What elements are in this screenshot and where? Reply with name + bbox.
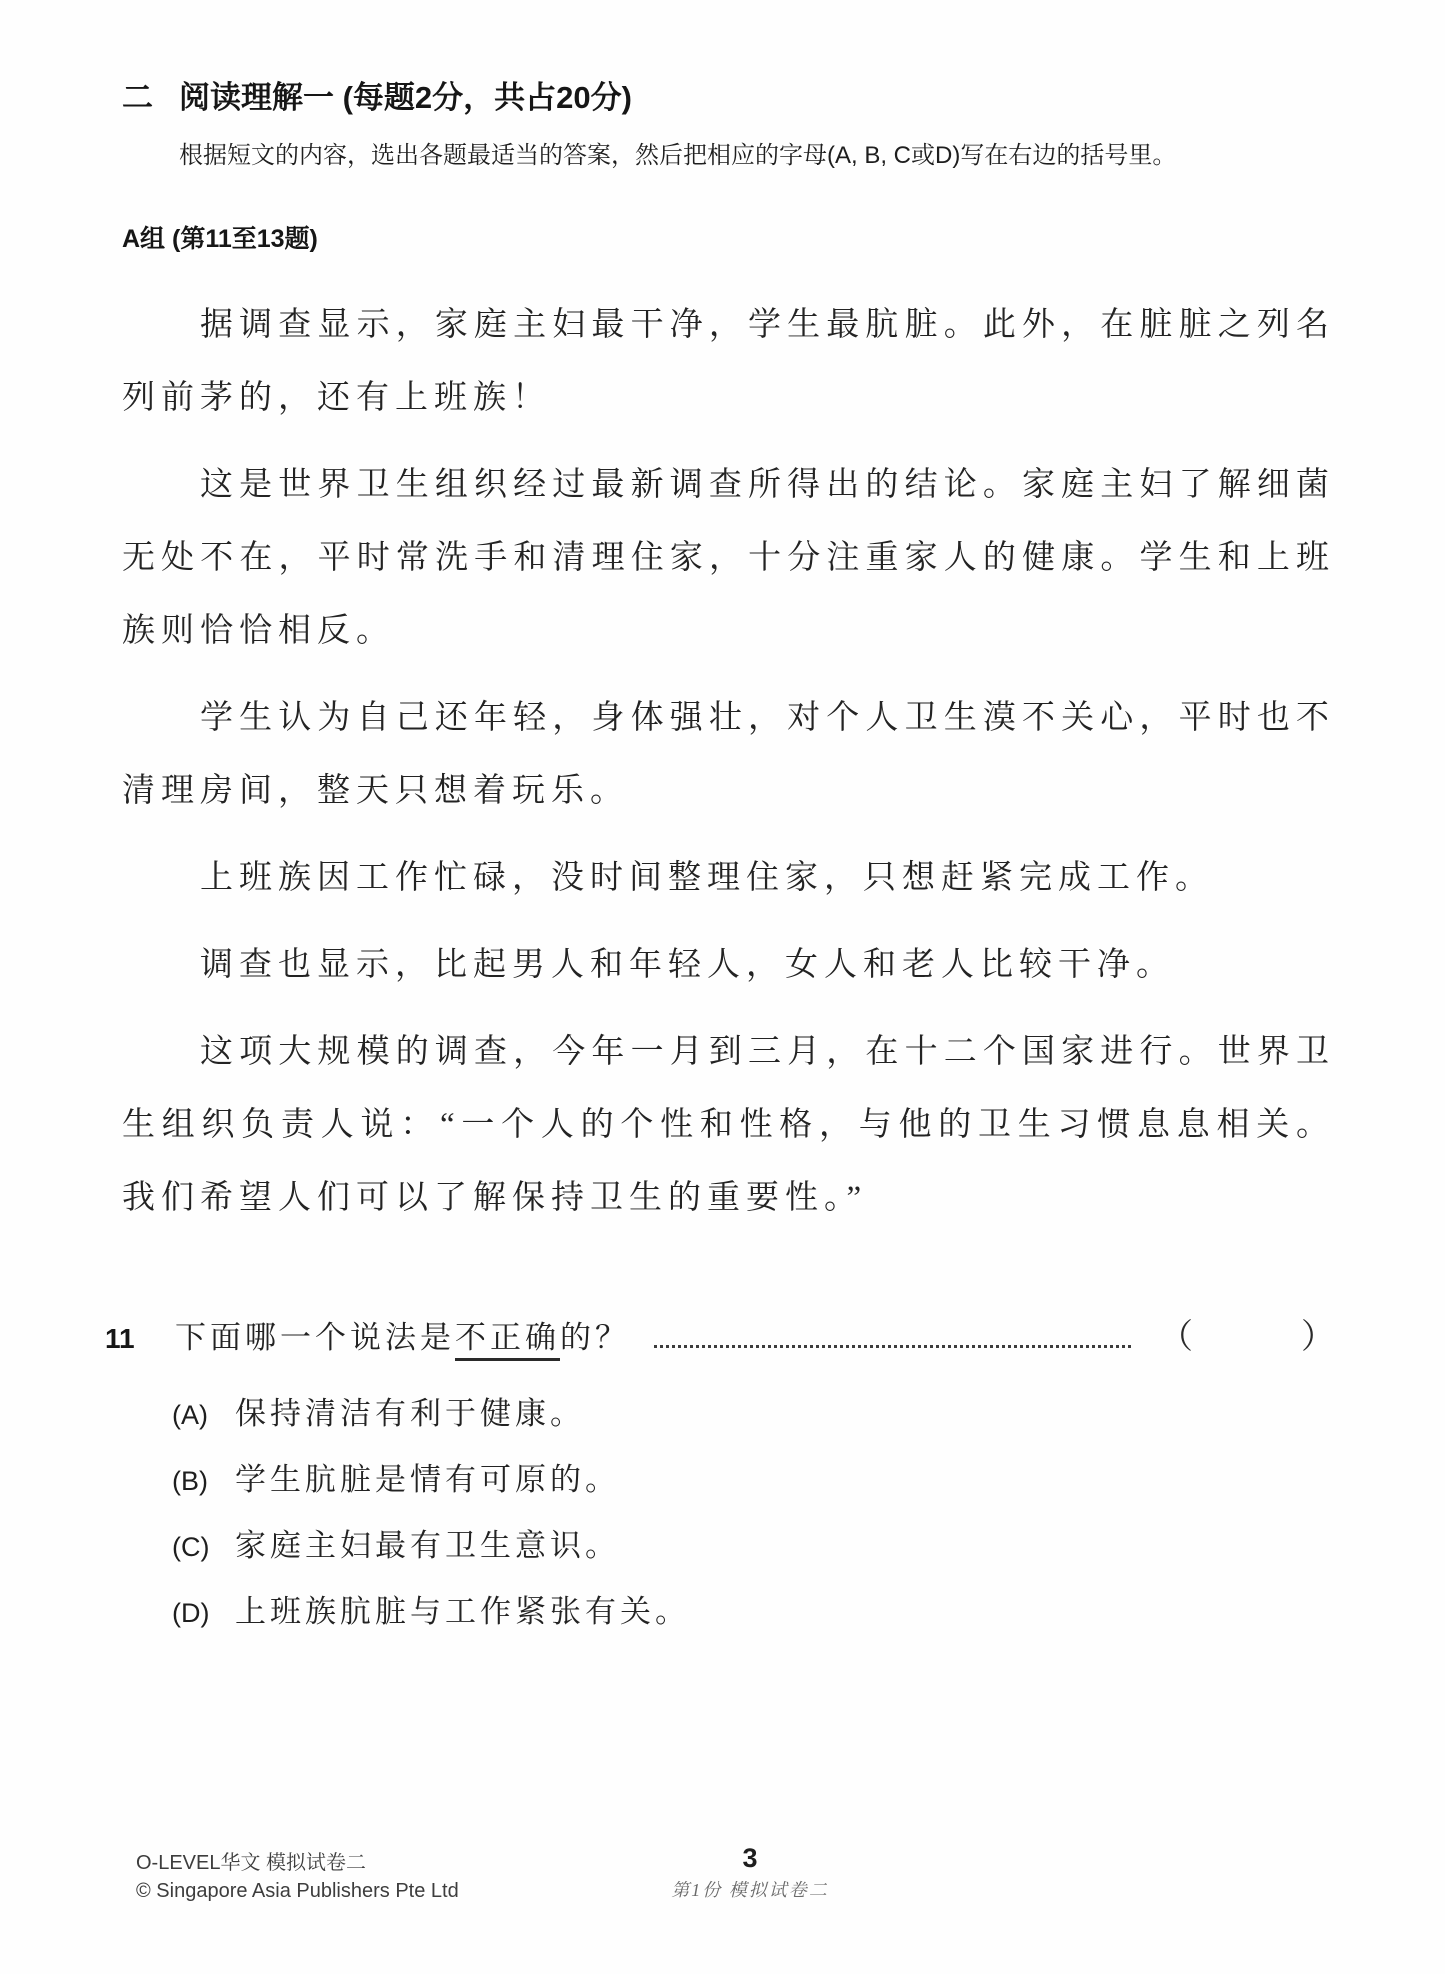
footer-stamp: 第1份 模拟试卷二 xyxy=(630,1876,870,1902)
group-heading: A组 (第11至13题) xyxy=(122,219,1335,255)
question-underlined-term: 不正确 xyxy=(455,1320,560,1361)
option-d: (D) 上班族肮脏与工作紧张有关。 xyxy=(172,1586,1335,1631)
section-number: 二 xyxy=(122,72,179,117)
option-a-label: (A) xyxy=(172,1400,235,1431)
section-header: 二 阅读理解一 (每题2分，共占20分) xyxy=(122,72,1335,117)
passage-paragraph-6: 这项大规模的调查，今年一月到三月，在十二个国家进行。世界卫生组织负责人说：“一个… xyxy=(122,1016,1335,1235)
question-number: 11 xyxy=(105,1323,175,1355)
option-a-text: 保持清洁有利于健康。 xyxy=(235,1388,585,1433)
question-text-suffix: 的？ xyxy=(560,1320,630,1355)
page-content: 二 阅读理解一 (每题2分，共占20分) 根据短文的内容，选出各题最适当的答案，… xyxy=(122,72,1335,1652)
footer-page-block: 3 第1份 模拟试卷二 xyxy=(630,1843,870,1902)
bracket-close: ） xyxy=(1301,1309,1335,1358)
footer-booklet-title: O-LEVEL华文 模拟试卷二 xyxy=(136,1849,459,1877)
passage-paragraph-1: 据调查显示，家庭主妇最干净，学生最肮脏。此外，在脏脏之列名列前茅的，还有上班族！ xyxy=(122,289,1335,435)
question-text: 下面哪一个说法是不正确的？ xyxy=(175,1312,630,1357)
options-list: (A) 保持清洁有利于健康。 (B) 学生肮脏是情有可原的。 (C) 家庭主妇最… xyxy=(172,1388,1335,1631)
question-text-prefix: 下面哪一个说法是 xyxy=(175,1320,455,1355)
option-b-text: 学生肮脏是情有可原的。 xyxy=(235,1454,620,1499)
bracket-open: （ xyxy=(1159,1309,1193,1358)
passage-paragraph-5: 调查也显示，比起男人和年轻人，女人和老人比较干净。 xyxy=(122,929,1335,1002)
option-c: (C) 家庭主妇最有卫生意识。 xyxy=(172,1520,1335,1565)
option-b: (B) 学生肮脏是情有可原的。 xyxy=(172,1454,1335,1499)
passage-paragraph-2: 这是世界卫生组织经过最新调查所得出的结论。家庭主妇了解细菌无处不在，平时常洗手和… xyxy=(122,449,1335,668)
answer-brackets: （） xyxy=(1159,1309,1335,1358)
option-c-label: (C) xyxy=(172,1532,235,1563)
question-11: 11 下面哪一个说法是不正确的？ （） xyxy=(105,1309,1335,1358)
option-d-label: (D) xyxy=(172,1598,235,1629)
passage-paragraph-4: 上班族因工作忙碌，没时间整理住家，只想赶紧完成工作。 xyxy=(122,842,1335,915)
exam-page: 二 阅读理解一 (每题2分，共占20分) 根据短文的内容，选出各题最适当的答案，… xyxy=(0,0,1445,1974)
option-c-text: 家庭主妇最有卫生意识。 xyxy=(235,1520,620,1565)
option-d-text: 上班族肮脏与工作紧张有关。 xyxy=(235,1586,690,1631)
reading-passage: 据调查显示，家庭主妇最干净，学生最肮脏。此外，在脏脏之列名列前茅的，还有上班族！… xyxy=(122,289,1335,1235)
footer-publisher-block: O-LEVEL华文 模拟试卷二 © Singapore Asia Publish… xyxy=(136,1849,459,1905)
section-instructions: 根据短文的内容，选出各题最适当的答案，然后把相应的字母(A, B, C或D)写在… xyxy=(179,137,1335,175)
section-title: 阅读理解一 (每题2分，共占20分) xyxy=(179,72,632,117)
option-a: (A) 保持清洁有利于健康。 xyxy=(172,1388,1335,1433)
page-number: 3 xyxy=(630,1843,870,1873)
option-b-label: (B) xyxy=(172,1466,235,1497)
footer-copyright: © Singapore Asia Publishers Pte Ltd xyxy=(136,1877,459,1905)
passage-paragraph-3: 学生认为自己还年轻，身体强壮，对个人卫生漠不关心，平时也不清理房间，整天只想着玩… xyxy=(122,682,1335,828)
dotted-leader xyxy=(654,1344,1131,1348)
